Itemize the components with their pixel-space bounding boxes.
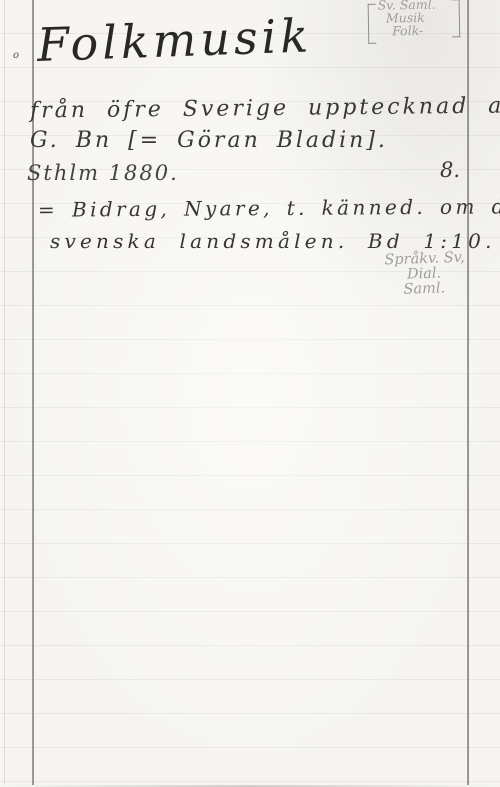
margin-mark: o: [13, 50, 19, 61]
subtitle-line-author: G. Bn [= Göran Bladin].: [30, 128, 388, 153]
catalog-card: Sv. Saml. Musik Folk- o Folkmusik från ö…: [0, 0, 500, 787]
stamp-right-bracket: [452, 0, 461, 37]
pencil-note-line-3: Saml.: [403, 279, 484, 298]
classification-stamp: Sv. Saml. Musik Folk-: [368, 0, 467, 49]
stamp-line-folk: Folk-: [392, 23, 423, 39]
subtitle-line-origin: från öfre Sverige upptecknad af: [30, 93, 500, 123]
series-note-line-2: svenska landsmålen. Bd 1:10.: [50, 229, 496, 253]
pencil-classification-note: Språkv. Sv, Dial. Saml.: [384, 250, 466, 301]
series-note-line-1: = Bidrag, Nyare, t. känned. om de: [38, 194, 500, 221]
imprint-place-date: Sthlm 1880.: [27, 161, 179, 185]
card-left-edge-line: [4, 0, 5, 785]
card-title: Folkmusik: [36, 10, 313, 70]
stamp-left-bracket: [368, 4, 377, 44]
format-octavo-mark: 8.: [440, 158, 460, 182]
